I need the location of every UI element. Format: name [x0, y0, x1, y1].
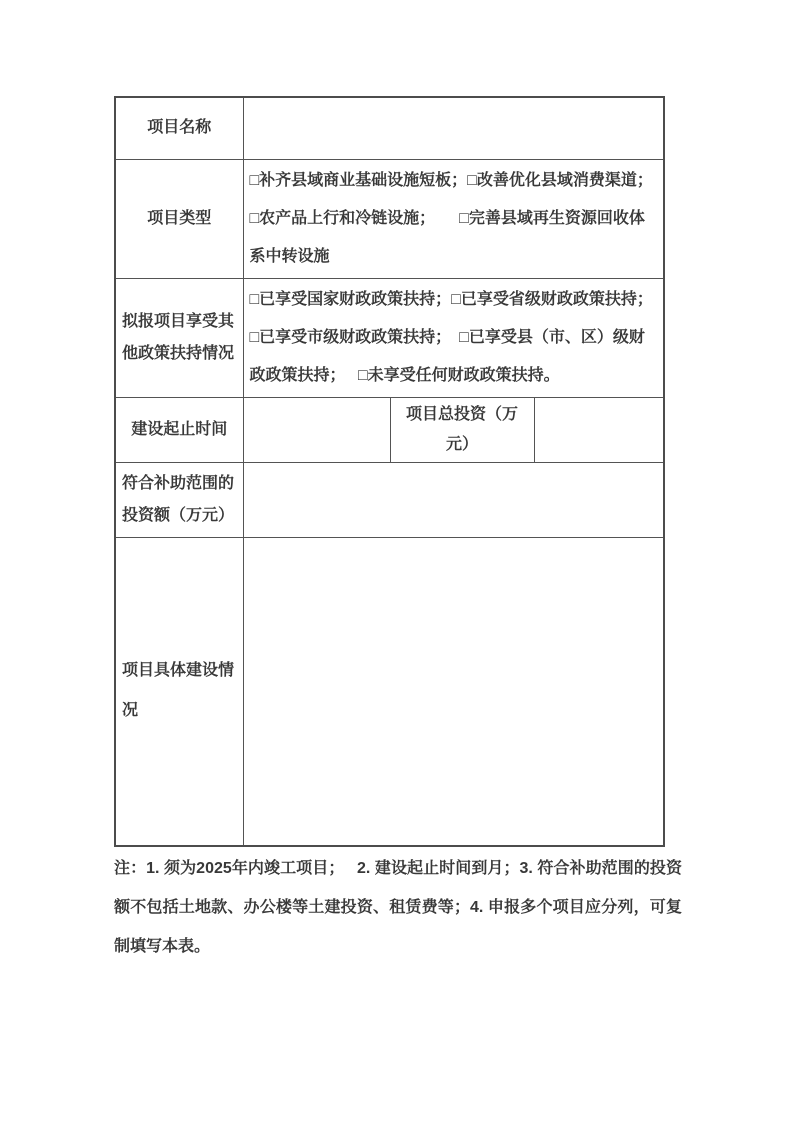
construction-period-label: 建设起止时间	[115, 397, 243, 462]
row-project-name: 项目名称	[115, 97, 664, 159]
project-type-label: 项目类型	[115, 159, 243, 278]
row-construction-details: 项目具体建设情 况	[115, 537, 664, 846]
project-name-value-cell	[243, 97, 664, 159]
document-page: 项目名称 项目类型 □补齐县域商业基础设施短板；□改善优化县域消费渠道； □农产…	[0, 0, 793, 1122]
eligible-investment-label: 符合补助范围的 投资额（万元）	[115, 462, 243, 537]
row-construction-period: 建设起止时间 项目总投资（万元）	[115, 397, 664, 462]
policy-support-options-cell: □已享受国家财政政策扶持；□已享受省级财政政策扶持； □已享受市级财政政策扶持；…	[243, 278, 664, 397]
construction-details-value-cell	[243, 537, 664, 846]
construction-period-value-cell	[243, 397, 390, 462]
total-investment-label: 项目总投资（万元）	[390, 397, 534, 462]
policy-support-label: 拟报项目享受其 他政策扶持情况	[115, 278, 243, 397]
eligible-investment-value-cell	[243, 462, 664, 537]
footnote: 注：1. 须为2025年内竣工项目； 2. 建设起止时间到月；3. 符合补助范围…	[114, 849, 682, 966]
footnote-line-1: 注：1. 须为2025年内竣工项目； 2. 建设起止时间到月；3. 符合补助范围…	[114, 849, 682, 888]
project-type-options-cell: □补齐县域商业基础设施短板；□改善优化县域消费渠道； □农产品上行和冷链设施； …	[243, 159, 664, 278]
application-form-table: 项目名称 项目类型 □补齐县域商业基础设施短板；□改善优化县域消费渠道； □农产…	[114, 96, 665, 847]
project-application-table: 项目名称 项目类型 □补齐县域商业基础设施短板；□改善优化县域消费渠道； □农产…	[114, 96, 665, 847]
row-eligible-investment: 符合补助范围的 投资额（万元）	[115, 462, 664, 537]
total-investment-value-cell	[534, 397, 664, 462]
row-policy-support: 拟报项目享受其 他政策扶持情况 □已享受国家财政政策扶持；□已享受省级财政政策扶…	[115, 278, 664, 397]
row-project-type: 项目类型 □补齐县域商业基础设施短板；□改善优化县域消费渠道； □农产品上行和冷…	[115, 159, 664, 278]
project-name-label: 项目名称	[115, 97, 243, 159]
footnote-line-2: 额不包括土地款、办公楼等土建投资、租赁费等；4. 申报多个项目应分列，可复	[114, 888, 682, 927]
footnote-line-3: 制填写本表。	[114, 927, 682, 966]
construction-details-label: 项目具体建设情 况	[115, 537, 243, 846]
